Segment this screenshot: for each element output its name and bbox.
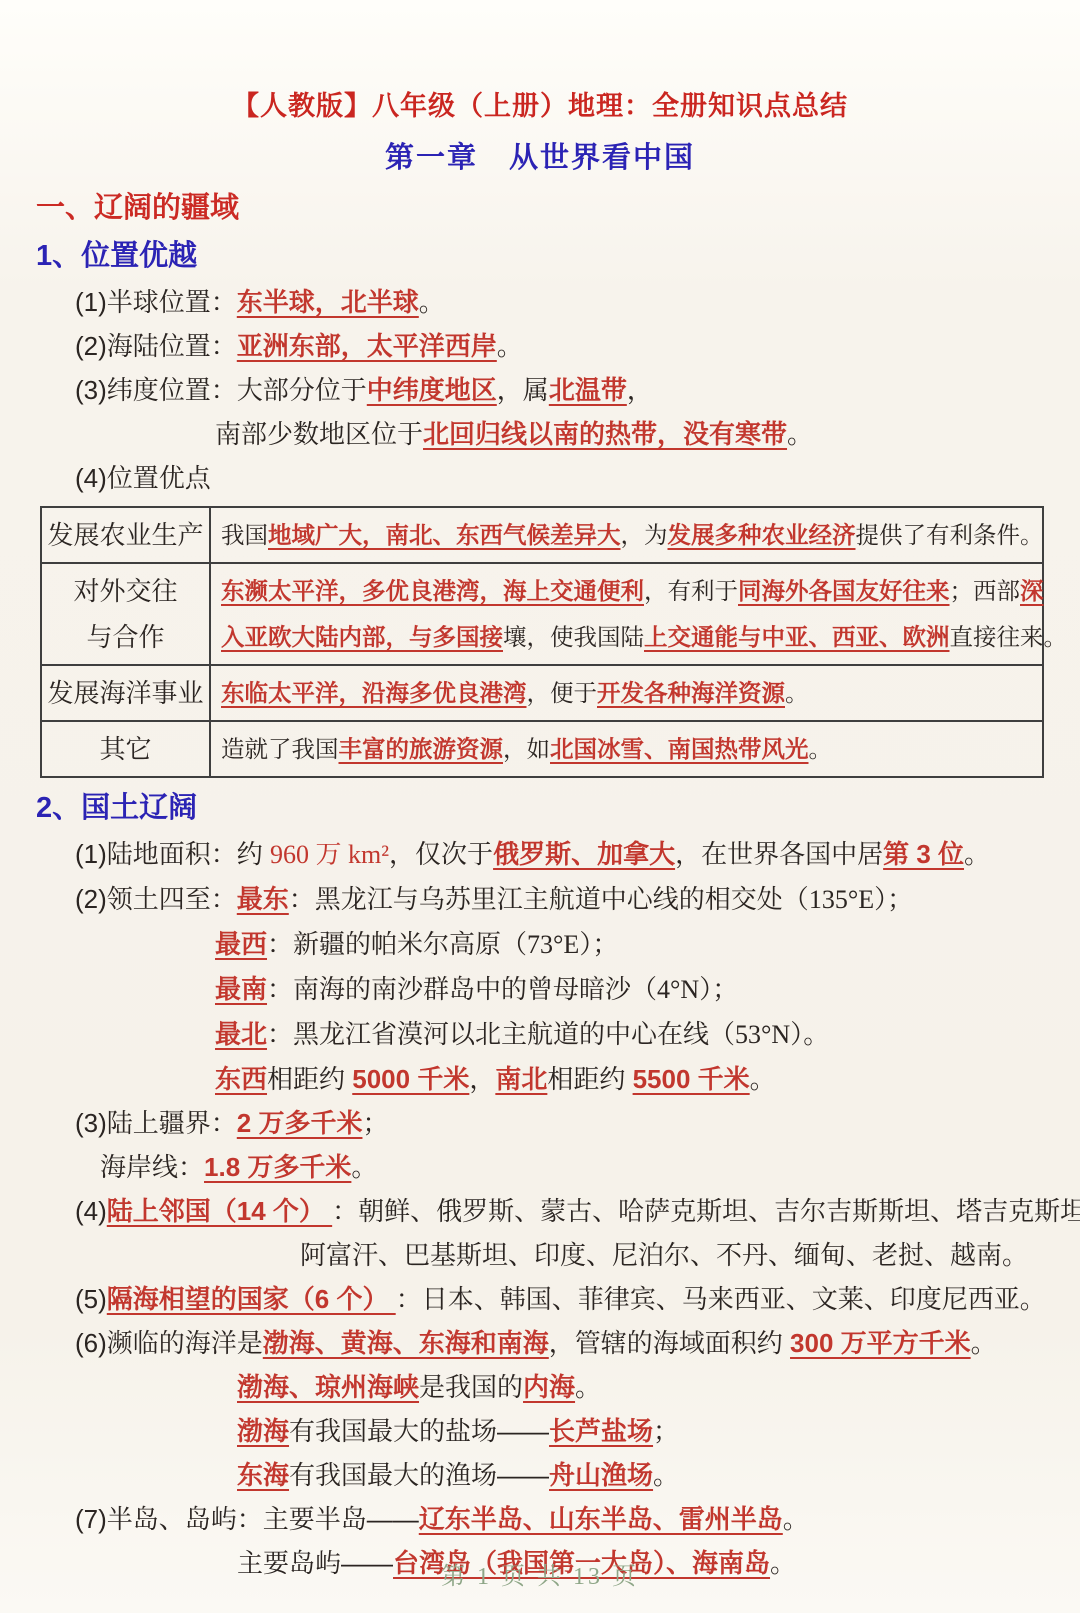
keyword-segment: 陆上邻国（14 个） bbox=[107, 1196, 332, 1226]
keyword-segment: 东西 bbox=[215, 1064, 267, 1094]
text-segment: ； bbox=[653, 1416, 679, 1446]
text-segment: ，管辖的海域面积约 bbox=[549, 1328, 790, 1358]
paragraph-line: (4)陆上邻国（14 个） ：朝鲜、俄罗斯、蒙古、哈萨克斯坦、吉尔吉斯斯坦、塔吉… bbox=[0, 1189, 1080, 1233]
text-segment: ：日本、韩国、菲律宾、马来西亚、文莱、印度尼西亚。 bbox=[396, 1284, 1046, 1314]
paragraph-line: 南部少数地区位于北回归线以南的热带，没有寒带。 bbox=[0, 412, 1080, 456]
paragraph-line: (5)隔海相望的国家（6 个） ：日本、韩国、菲律宾、马来西亚、文莱、印度尼西亚… bbox=[0, 1277, 1080, 1321]
text-segment: (2)领土四至： bbox=[75, 884, 237, 914]
subsection-heading-blue: 2、国土辽阔 bbox=[0, 784, 1080, 832]
text-segment: ；西部 bbox=[950, 578, 1021, 604]
keyword-segment: 最南 bbox=[215, 974, 267, 1004]
text-segment: 。 bbox=[787, 419, 813, 449]
text-segment: 。 bbox=[750, 1064, 776, 1094]
page-footer: 第 1 页 共 13 页 bbox=[0, 1556, 1080, 1591]
text-segment: ； bbox=[362, 1108, 388, 1138]
text-segment: (3)陆上疆界： bbox=[75, 1108, 237, 1138]
table-content-line: 我国地域广大，南北、东西气候差异大，为发展多种农业经济提供了有利条件。 bbox=[221, 512, 1032, 558]
text-segment: 提供了有利条件。 bbox=[856, 522, 1044, 548]
text-segment: 。 bbox=[783, 1504, 809, 1534]
subsection-heading-blue: 1、位置优越 bbox=[0, 232, 1080, 280]
table-row: 发展农业生产我国地域广大，南北、东西气候差异大，为发展多种农业经济提供了有利条件… bbox=[41, 507, 1043, 563]
keyword-segment: 辽东半岛、山东半岛、雷州半岛 bbox=[419, 1504, 783, 1534]
text-segment: 73°E bbox=[527, 930, 579, 959]
table-label-cell: 其它 bbox=[41, 721, 210, 777]
table-content-cell: 造就了我国丰富的旅游资源，如北国冰雪、南国热带风光。 bbox=[210, 721, 1043, 777]
text-segment: (1)陆地面积：约 bbox=[75, 839, 270, 869]
table-row: 其它造就了我国丰富的旅游资源，如北国冰雪、南国热带风光。 bbox=[41, 721, 1043, 777]
paragraph-line: 东西相距约 5000 千米，南北相距约 5500 千米。 bbox=[0, 1057, 1080, 1101]
paragraph-line: 最北：黑龙江省漠河以北主航道的中心在线（53°N）。 bbox=[0, 1012, 1080, 1057]
keyword-segment: 最东 bbox=[237, 884, 289, 914]
paragraph-line: 最西：新疆的帕米尔高原（73°E）； bbox=[0, 922, 1080, 967]
text-segment: 。 bbox=[653, 1460, 679, 1490]
keyword-segment: 5500 千米 bbox=[633, 1064, 750, 1094]
text-segment: 直接往来。 bbox=[950, 624, 1068, 650]
paragraph-line: 渤海有我国最大的盐场——长芦盐场； bbox=[0, 1409, 1080, 1453]
document-page: 【人教版】八年级（上册）地理：全册知识点总结 第一章 从世界看中国 一、辽阔的疆… bbox=[0, 0, 1080, 1613]
text-segment: ）。 bbox=[790, 1019, 829, 1049]
keyword-segment: 上交通能与中亚、西亚、欧洲 bbox=[644, 624, 950, 650]
table-label-line: 发展海洋事业 bbox=[44, 670, 207, 716]
text-segment: ，仅次于 bbox=[389, 839, 493, 869]
keyword-segment: 渤海、琼州海峡 bbox=[237, 1372, 419, 1402]
table-content-line: 造就了我国丰富的旅游资源，如北国冰雪、南国热带风光。 bbox=[221, 726, 1032, 772]
text-segment: 造就了我国 bbox=[221, 736, 339, 762]
paragraph-line: (1)半球位置：东半球，北半球。 bbox=[0, 280, 1080, 324]
text-segment: 有我国最大的渔场—— bbox=[289, 1460, 549, 1490]
text-segment: ：新疆的帕米尔高原（ bbox=[267, 929, 527, 959]
keyword-segment: 东海 bbox=[237, 1460, 289, 1490]
section-heading-red: 一、辽阔的疆域 bbox=[0, 184, 1080, 232]
text-segment: 相距约 bbox=[547, 1064, 632, 1094]
text-segment: (5) bbox=[75, 1284, 107, 1314]
paragraph-line: 阿富汗、巴基斯坦、印度、尼泊尔、不丹、缅甸、老挝、越南。 bbox=[0, 1233, 1080, 1277]
paragraph-line: 最南：南海的南沙群岛中的曾母暗沙（4°N）； bbox=[0, 967, 1080, 1012]
paragraph-line: (3)陆上疆界：2 万多千米； bbox=[0, 1101, 1080, 1145]
doc-title: 【人教版】八年级（上册）地理：全册知识点总结 bbox=[0, 0, 1080, 123]
text-segment: 。 bbox=[971, 1328, 997, 1358]
keyword-segment: 北回归线以南的热带，没有寒带 bbox=[423, 419, 787, 449]
text-segment: (3)纬度位置：大部分位于 bbox=[75, 375, 367, 405]
text-segment: 53°N bbox=[735, 1020, 790, 1049]
table-content-cell: 东濒太平洋，多优良港湾，海上交通便利，有利于同海外各国友好往来；西部深入亚欧大陆… bbox=[210, 563, 1043, 665]
text-segment: 。 bbox=[964, 839, 990, 869]
keyword-segment: 300 万平方千米 bbox=[790, 1328, 971, 1358]
text-segment: ，为 bbox=[621, 522, 668, 548]
keyword-segment: 内海 bbox=[523, 1372, 575, 1402]
keyword-segment: 俄罗斯、加拿大 bbox=[493, 839, 675, 869]
text-segment: 。 bbox=[785, 680, 809, 706]
text-segment: (4)位置优点 bbox=[75, 463, 211, 493]
paragraph-line: (1)陆地面积：约 960 万 km²，仅次于俄罗斯、加拿大，在世界各国中居第 … bbox=[0, 832, 1080, 877]
text-segment: (7)半岛、岛屿：主要半岛—— bbox=[75, 1504, 419, 1534]
keyword-segment: 渤海 bbox=[237, 1416, 289, 1446]
text-segment: (4) bbox=[75, 1196, 107, 1226]
keyword-segment: 深 bbox=[1020, 578, 1044, 604]
keyword-segment: 长芦盐场 bbox=[549, 1416, 653, 1446]
table-label-line: 其它 bbox=[44, 726, 207, 772]
text-segment: 阿富汗、巴基斯坦、印度、尼泊尔、不丹、缅甸、老挝、越南。 bbox=[300, 1240, 1028, 1270]
keyword-segment: 5000 千米 bbox=[352, 1064, 469, 1094]
text-segment: ，如 bbox=[503, 736, 550, 762]
keyword-segment: 北国冰雪、南国热带风光 bbox=[550, 736, 809, 762]
text-segment: 相距约 bbox=[267, 1064, 352, 1094]
text-segment: (1)半球位置： bbox=[75, 287, 237, 317]
table-label-line: 发展农业生产 bbox=[44, 512, 207, 558]
keyword-segment: 960 万 km² bbox=[270, 840, 389, 869]
paragraph-line: (4)位置优点 bbox=[0, 456, 1080, 500]
table-content-line: 东临太平洋，沿海多优良港湾，便于开发各种海洋资源。 bbox=[221, 670, 1032, 716]
keyword-segment: 亚洲东部，太平洋西岸 bbox=[237, 331, 497, 361]
table-label-cell: 对外交往与合作 bbox=[41, 563, 210, 665]
keyword-segment: 东半球，北半球 bbox=[237, 287, 419, 317]
table-content-line: 入亚欧大陆内部，与多国接壤，使我国陆上交通能与中亚、西亚、欧洲直接往来。 bbox=[221, 614, 1032, 660]
text-segment: ， bbox=[627, 375, 653, 405]
table-label-cell: 发展海洋事业 bbox=[41, 665, 210, 721]
text-segment: 南部少数地区位于 bbox=[215, 419, 423, 449]
document-body: 一、辽阔的疆域1、位置优越(1)半球位置：东半球，北半球。(2)海陆位置：亚洲东… bbox=[0, 184, 1080, 1585]
table-content-line: 东濒太平洋，多优良港湾，海上交通便利，有利于同海外各国友好往来；西部深 bbox=[221, 568, 1032, 614]
keyword-segment: 舟山渔场 bbox=[549, 1460, 653, 1490]
text-segment: ，在世界各国中居 bbox=[675, 839, 883, 869]
keyword-segment: 中纬度地区 bbox=[367, 375, 497, 405]
text-segment: 。 bbox=[575, 1372, 601, 1402]
table-content-cell: 我国地域广大，南北、东西气候差异大，为发展多种农业经济提供了有利条件。 bbox=[210, 507, 1043, 563]
keyword-segment: 东濒太平洋，多优良港湾，海上交通便利 bbox=[221, 578, 644, 604]
text-segment: ，有利于 bbox=[644, 578, 738, 604]
keyword-segment: 发展多种农业经济 bbox=[668, 522, 856, 548]
paragraph-line: 海岸线：1.8 万多千米。 bbox=[0, 1145, 1080, 1189]
text-segment: 海岸线： bbox=[100, 1152, 204, 1182]
text-segment: 壤，使我国陆 bbox=[503, 624, 644, 650]
text-segment: ：南海的南沙群岛中的曾母暗沙（ bbox=[267, 974, 657, 1004]
keyword-segment: 丰富的旅游资源 bbox=[339, 736, 504, 762]
text-segment: ：朝鲜、俄罗斯、蒙古、哈萨克斯坦、吉尔吉斯斯坦、塔吉克斯坦、 bbox=[332, 1196, 1080, 1226]
keyword-segment: 隔海相望的国家（6 个） bbox=[107, 1284, 396, 1314]
text-segment: 。 bbox=[497, 331, 523, 361]
text-segment: ， bbox=[469, 1064, 495, 1094]
text-segment: 我国 bbox=[221, 522, 268, 548]
text-segment: 。 bbox=[351, 1152, 377, 1182]
paragraph-line: 渤海、琼州海峡是我国的内海。 bbox=[0, 1365, 1080, 1409]
table-label-cell: 发展农业生产 bbox=[41, 507, 210, 563]
keyword-segment: 入亚欧大陆内部，与多国接 bbox=[221, 624, 503, 650]
text-segment: 有我国最大的盐场—— bbox=[289, 1416, 549, 1446]
table-row: 对外交往与合作东濒太平洋，多优良港湾，海上交通便利，有利于同海外各国友好往来；西… bbox=[41, 563, 1043, 665]
keyword-segment: 南北 bbox=[495, 1064, 547, 1094]
text-segment: 。 bbox=[809, 736, 833, 762]
keyword-segment: 第 3 位 bbox=[883, 839, 964, 869]
text-segment: (6)濒临的海洋是 bbox=[75, 1328, 263, 1358]
keyword-segment: 1.8 万多千米 bbox=[204, 1152, 351, 1182]
keyword-segment: 北温带 bbox=[549, 375, 627, 405]
keyword-segment: 渤海、黄海、东海和南海 bbox=[263, 1328, 549, 1358]
keyword-segment: 同海外各国友好往来 bbox=[738, 578, 950, 604]
keyword-segment: 最西 bbox=[215, 929, 267, 959]
text-segment: 135°E bbox=[809, 885, 874, 914]
text-segment: ：黑龙江与乌苏里江主航道中心线的相交处（ bbox=[289, 884, 809, 914]
text-segment: ）； bbox=[699, 974, 738, 1004]
table-label-line: 与合作 bbox=[44, 614, 207, 660]
keyword-segment: 2 万多千米 bbox=[237, 1108, 363, 1138]
text-segment: 是我国的 bbox=[419, 1372, 523, 1402]
text-segment: 。 bbox=[419, 287, 445, 317]
keyword-segment: 地域广大，南北、东西气候差异大 bbox=[268, 522, 621, 548]
paragraph-line: (2)海陆位置：亚洲东部，太平洋西岸。 bbox=[0, 324, 1080, 368]
text-segment: ）； bbox=[874, 884, 913, 914]
text-segment: ：黑龙江省漠河以北主航道的中心在线（ bbox=[267, 1019, 735, 1049]
paragraph-line: (6)濒临的海洋是渤海、黄海、东海和南海，管辖的海域面积约 300 万平方千米。 bbox=[0, 1321, 1080, 1365]
text-segment: 4°N bbox=[657, 975, 699, 1004]
paragraph-line: (2)领土四至：最东：黑龙江与乌苏里江主航道中心线的相交处（135°E）； bbox=[0, 877, 1080, 922]
advantages-table: 发展农业生产我国地域广大，南北、东西气候差异大，为发展多种农业经济提供了有利条件… bbox=[40, 506, 1044, 778]
text-segment: ，便于 bbox=[527, 680, 598, 706]
paragraph-line: (7)半岛、岛屿：主要半岛——辽东半岛、山东半岛、雷州半岛。 bbox=[0, 1497, 1080, 1541]
keyword-segment: 东临太平洋，沿海多优良港湾 bbox=[221, 680, 527, 706]
table-content-cell: 东临太平洋，沿海多优良港湾，便于开发各种海洋资源。 bbox=[210, 665, 1043, 721]
text-segment: (2)海陆位置： bbox=[75, 331, 237, 361]
text-segment: ，属 bbox=[497, 375, 549, 405]
keyword-segment: 开发各种海洋资源 bbox=[597, 680, 785, 706]
chapter-title: 第一章 从世界看中国 bbox=[0, 135, 1080, 176]
keyword-segment: 最北 bbox=[215, 1019, 267, 1049]
text-segment: ）； bbox=[579, 929, 618, 959]
table-label-line: 对外交往 bbox=[44, 568, 207, 614]
paragraph-line: (3)纬度位置：大部分位于中纬度地区，属北温带， bbox=[0, 368, 1080, 412]
paragraph-line: 东海有我国最大的渔场——舟山渔场。 bbox=[0, 1453, 1080, 1497]
table-row: 发展海洋事业东临太平洋，沿海多优良港湾，便于开发各种海洋资源。 bbox=[41, 665, 1043, 721]
